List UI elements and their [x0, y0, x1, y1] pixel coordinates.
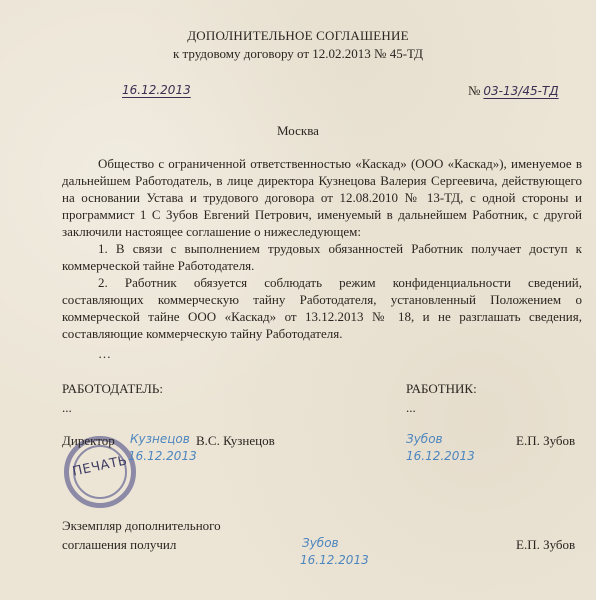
employer-details: ...	[62, 400, 72, 416]
document-date: 16.12.2013	[122, 83, 191, 97]
employee-heading: РАБОТНИК:	[406, 381, 477, 397]
receipt-line-2: соглашения получил	[62, 537, 176, 553]
intro-paragraph: Общество с ограниченной ответственностью…	[62, 155, 582, 240]
city: Москва	[0, 123, 596, 139]
employee-signature: Зубов	[406, 432, 443, 446]
ellipsis: …	[98, 346, 111, 362]
receipt-signature: Зубов	[302, 536, 339, 550]
employee-name: Е.П. Зубов	[516, 433, 575, 449]
employer-heading: РАБОТОДАТЕЛЬ:	[62, 381, 163, 397]
document-number: №03-13/45-ТД	[468, 83, 559, 99]
clause-1: 1. В связи с выполнением трудовых обязан…	[62, 240, 582, 274]
receipt-line-1: Экземпляр дополнительного	[62, 518, 221, 534]
employer-name: В.С. Кузнецов	[196, 433, 275, 449]
number-value: 03-13/45-ТД	[483, 84, 558, 98]
employer-position: Директор	[62, 433, 115, 449]
employer-signature-date: 16.12.2013	[128, 449, 197, 463]
clause-2: 2. Работник обязуется соблюдать режим ко…	[62, 274, 582, 342]
number-prefix: №	[468, 83, 480, 98]
employee-details: ...	[406, 400, 416, 416]
document-title: ДОПОЛНИТЕЛЬНОЕ СОГЛАШЕНИЕ	[0, 28, 596, 44]
document-subtitle: к трудовому договору от 12.02.2013 № 45-…	[0, 46, 596, 62]
receipt-name: Е.П. Зубов	[516, 537, 575, 553]
receipt-signature-date: 16.12.2013	[300, 553, 369, 567]
employer-signature: Кузнецов	[130, 432, 190, 446]
employee-signature-date: 16.12.2013	[406, 449, 475, 463]
